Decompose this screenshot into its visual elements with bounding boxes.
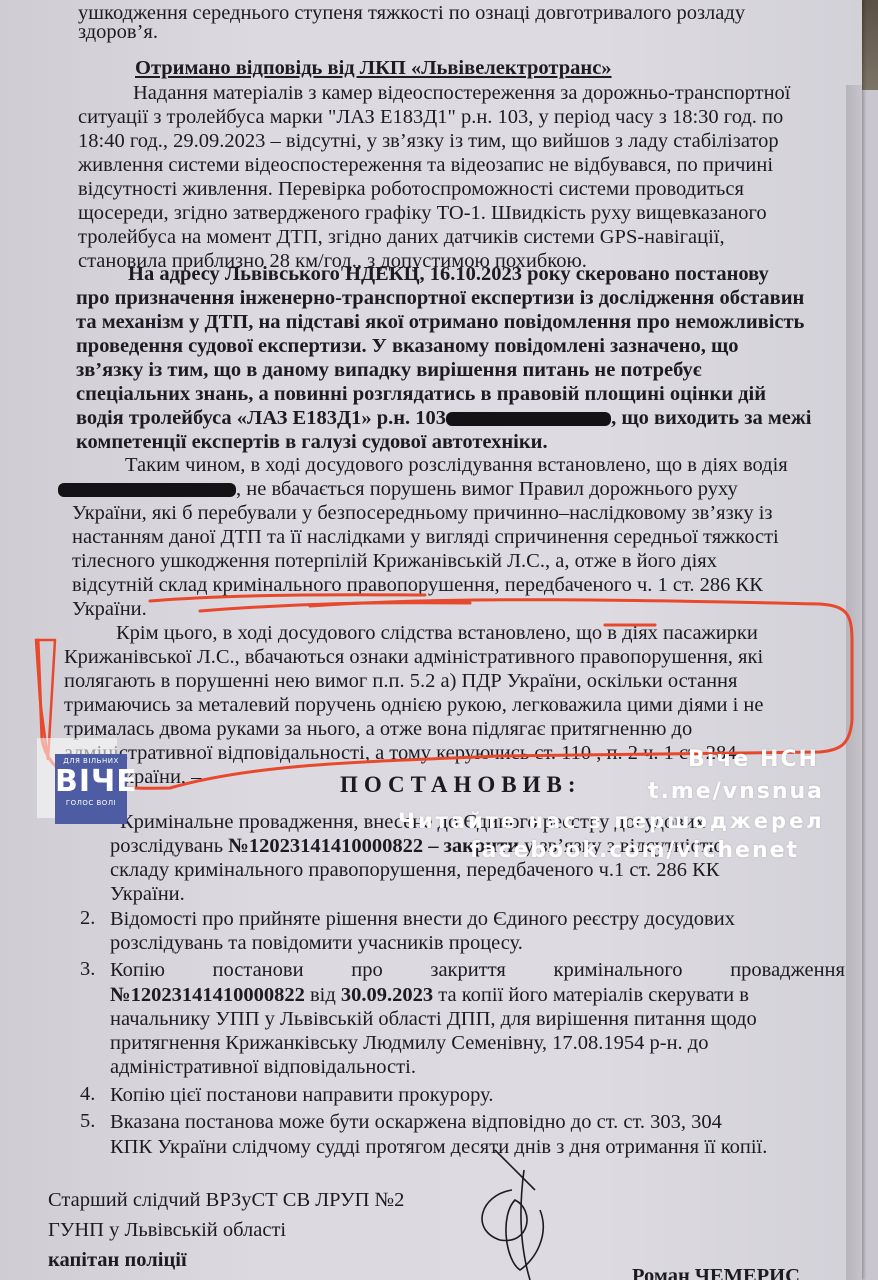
text: Копію [110, 958, 165, 982]
text: розслідувань [110, 835, 228, 857]
text-line: Крім цього, в ході досудового слідства в… [116, 621, 758, 645]
list-item-line: Копіюпостановипрозакриттякримінальногопр… [110, 958, 845, 982]
list-item-line: притягнення Крижанківську Людмилу Семені… [110, 1031, 708, 1055]
list-item-line: КПК України слідчому судді протягом деся… [110, 1135, 767, 1159]
text-line: ситуації з тролейбуса марки "ЛАЗ Е183Д1"… [78, 105, 783, 129]
watermark-telegram: t.me/vnsnua [648, 779, 824, 804]
text: , не вбачається порушень вимог Правил до… [236, 478, 738, 500]
text: водія тролейбуса «ЛАЗ Е183Д1» р.н. 103 [76, 407, 446, 429]
text-line: України. [72, 597, 147, 621]
logo-main-text: ВІЧЕ [55, 765, 127, 799]
text-line: трималась двома руками за нього, а отже … [64, 717, 692, 741]
signatory-title: Старший слідчий ВРЗуСТ СВ ЛРУП №2 [48, 1188, 404, 1212]
redaction [58, 483, 236, 497]
case-number: №12023141410000822 [228, 835, 423, 857]
text: кримінального [553, 958, 682, 982]
document-page: ушкодження середнього ступеня тяжкості п… [0, 0, 862, 1280]
text-line: та механізм у ДТП, на підставі якої отри… [76, 310, 804, 334]
text: провадження [730, 958, 845, 982]
redaction [446, 412, 611, 426]
list-item-line: адміністративної відповідальності. [110, 1055, 416, 1079]
text-line: На адресу Львівського НДЕКЦ, 16.10.2023 … [128, 262, 769, 286]
text-line: тілесного ушкодження потерпілій Крижанів… [72, 549, 717, 573]
text: постанови [213, 958, 304, 982]
text: та копії його матеріалів скерувати в [433, 984, 749, 1006]
list-number: 5. [80, 1110, 95, 1133]
text-line: настанням даної ДТП та її наслідками у в… [72, 525, 779, 549]
case-number: №12023141410000822 [110, 984, 305, 1006]
text: від [305, 984, 341, 1006]
list-number: 2. [80, 907, 95, 930]
list-item-line: №12023141410000822 від 30.09.2023 та коп… [110, 983, 749, 1007]
list-item-line: Копію цієї постанови направити прокурору… [110, 1083, 493, 1107]
text-line: Таким чином, в ході досудового розслідув… [125, 453, 788, 477]
list-number: 4. [80, 1083, 95, 1106]
case-date: 30.09.2023 [341, 984, 433, 1006]
signatory-title: ГУНП у Львівській області [48, 1218, 286, 1242]
text-line: тримаючись за металевий поручень однією … [64, 693, 764, 717]
text-line: адміністративної відповідальності, а том… [64, 741, 737, 765]
text-line: спеціальних знань, а повинні розглядатис… [76, 382, 766, 406]
watermark-brand: Віче НСН [688, 747, 819, 772]
text: про [351, 958, 382, 982]
text-line: полягають в порушенні нею вимог п.п. 5.2… [64, 669, 737, 693]
text-line: живлення системи відеоспостереження та в… [78, 153, 773, 177]
text-line: проведення судової експертизи. У вказано… [76, 334, 739, 358]
text-line: Надання матеріалів з камер відеоспостере… [133, 81, 833, 105]
list-item-line: Вказана постанова може бути оскаржена ві… [110, 1110, 722, 1134]
text-line: Крижанівської Л.С., вбачаються ознаки ад… [64, 645, 763, 669]
text-line: відсутності живлення. Перевірка роботосп… [78, 177, 744, 201]
page-edge [846, 85, 862, 1280]
text-line: про призначення інженерно-транспортної е… [76, 286, 804, 310]
text-line: відсутній склад кримінального правопоруш… [72, 573, 763, 597]
text-line: тролейбуса на момент ДТП, згідно даних д… [78, 225, 725, 249]
list-item-line: начальнику УПП у Львівській області ДПП,… [110, 1007, 757, 1031]
text-line: щосереди, згідно затвердженого графіку Т… [78, 201, 767, 225]
section-heading: Отримано відповідь від ЛКП «Львівелектро… [135, 56, 612, 80]
text-line: , не вбачається порушень вимог Правил до… [58, 477, 738, 501]
signatory-rank: капітан поліції [48, 1248, 187, 1272]
signatory-name: Роман ЧЕМЕРИС [632, 1264, 800, 1280]
text-line: ушкодження середнього ступеня тяжкості п… [78, 1, 838, 25]
list-item-line: розслідувань та повідомити учасників про… [110, 931, 523, 955]
watermark-facebook: facebook.com/vichenet [470, 838, 799, 863]
list-item-line: Відомості про прийняте рішення внести до… [110, 907, 735, 931]
text-line: зв’язку із тим, що в даному випадку вирі… [76, 358, 702, 382]
list-item-line: України. [110, 882, 185, 906]
vyche-logo: ДЛЯ ВІЛЬНИХ ВІЧЕ ГОЛОС ВОЛІ [55, 754, 127, 824]
list-number: 3. [80, 958, 95, 981]
text-line: компетенції експертів в галузі судової а… [76, 430, 548, 454]
text-line: водія тролейбуса «ЛАЗ Е183Д1» р.н. 103, … [76, 406, 811, 430]
text: закриття [430, 958, 505, 982]
text-line: здоров’я. [78, 20, 158, 44]
text: , що виходить за межі [611, 407, 811, 429]
text-line: України, які б перебували у безпосереднь… [72, 501, 773, 525]
logo-bottom-text: ГОЛОС ВОЛІ [55, 799, 127, 807]
text-line: 18:40 год., 29.09.2023 – відсутні, у зв’… [78, 129, 779, 153]
text: здоров’я. [78, 21, 158, 43]
text: ушкодження середнього ступеня тяжкості п… [78, 1, 745, 25]
resolution-heading: ПОСТАНОВИВ: [340, 772, 582, 798]
watermark-tagline: Читайте нас з першоджерел [398, 809, 825, 833]
